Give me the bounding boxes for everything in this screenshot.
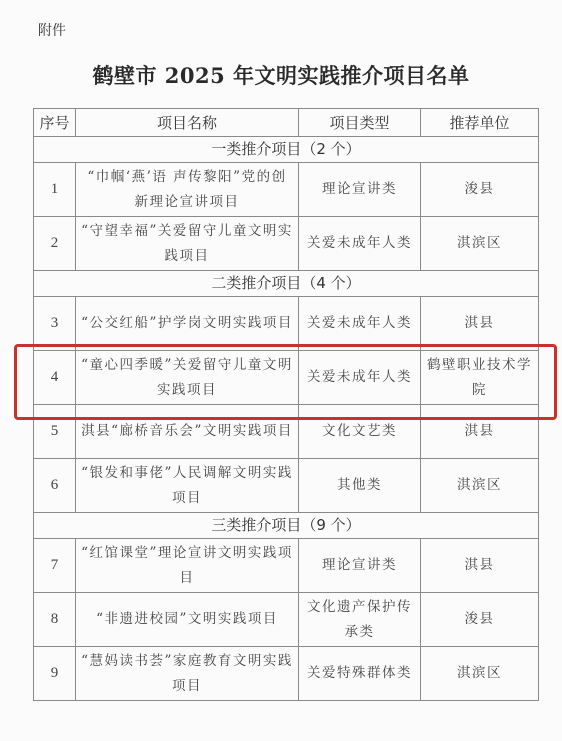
row-unit: 浚县 xyxy=(421,593,539,647)
table-row: 5 淇县“廊桥音乐会”文明实践项目 文化文艺类 淇县 xyxy=(34,405,539,459)
table-row: 2 “守望幸福”关爱留守儿童文明实践项目 关爱未成年人类 淇滨区 xyxy=(34,217,539,271)
row-no: 5 xyxy=(34,405,76,459)
row-name: 淇县“廊桥音乐会”文明实践项目 xyxy=(76,405,299,459)
row-no: 2 xyxy=(34,217,76,271)
row-name: “非遗进校园”文明实践项目 xyxy=(76,593,299,647)
row-name: “守望幸福”关爱留守儿童文明实践项目 xyxy=(76,217,299,271)
row-name: “公交红船”护学岗文明实践项目 xyxy=(76,297,299,351)
row-unit: 淇县 xyxy=(421,297,539,351)
attachment-label: 附件 xyxy=(38,20,66,40)
section-row: 二类推介项目（4 个） xyxy=(34,271,539,297)
header-unit: 推荐单位 xyxy=(421,109,539,137)
document-title: 鹤壁市 2025 年文明实践推介项目名单 xyxy=(0,60,562,90)
row-unit: 淇县 xyxy=(421,405,539,459)
section-row: 三类推介项目（9 个） xyxy=(34,513,539,539)
row-unit: 淇县 xyxy=(421,539,539,593)
section-row: 一类推介项目（2 个） xyxy=(34,137,539,163)
header-type: 项目类型 xyxy=(299,109,421,137)
row-type: 关爱未成年人类 xyxy=(299,351,421,405)
row-type: 关爱未成年人类 xyxy=(299,217,421,271)
row-unit: 淇滨区 xyxy=(421,647,539,701)
table-row: 1 “巾帼‘燕’语 声传黎阳”党的创新理论宣讲项目 理论宣讲类 浚县 xyxy=(34,163,539,217)
row-name: “银发和事佬”人民调解文明实践项目 xyxy=(76,459,299,513)
row-name: “慧妈读书荟”家庭教育文明实践项目 xyxy=(76,647,299,701)
row-no: 3 xyxy=(34,297,76,351)
row-unit: 浚县 xyxy=(421,163,539,217)
header-row: 序号 项目名称 项目类型 推荐单位 xyxy=(34,109,539,137)
row-no: 6 xyxy=(34,459,76,513)
table-row: 6 “银发和事佬”人民调解文明实践项目 其他类 淇滨区 xyxy=(34,459,539,513)
row-type: 关爱特殊群体类 xyxy=(299,647,421,701)
row-name: “童心四季暖”关爱留守儿童文明实践项目 xyxy=(76,351,299,405)
row-no: 7 xyxy=(34,539,76,593)
row-type: 文化文艺类 xyxy=(299,405,421,459)
section-label: 二类推介项目（4 个） xyxy=(34,271,539,297)
row-unit: 淇滨区 xyxy=(421,217,539,271)
table-row: 8 “非遗进校园”文明实践项目 文化遗产保护传承类 浚县 xyxy=(34,593,539,647)
row-name: “巾帼‘燕’语 声传黎阳”党的创新理论宣讲项目 xyxy=(76,163,299,217)
table-row: 7 “红馆课堂”理论宣讲文明实践项目 理论宣讲类 淇县 xyxy=(34,539,539,593)
header-name: 项目名称 xyxy=(76,109,299,137)
row-type: 理论宣讲类 xyxy=(299,539,421,593)
row-unit: 淇滨区 xyxy=(421,459,539,513)
row-type: 其他类 xyxy=(299,459,421,513)
table-row-highlighted: 4 “童心四季暖”关爱留守儿童文明实践项目 关爱未成年人类 鹤壁职业技术学院 xyxy=(34,351,539,405)
header-no: 序号 xyxy=(34,109,76,137)
row-unit: 鹤壁职业技术学院 xyxy=(421,351,539,405)
row-name: “红馆课堂”理论宣讲文明实践项目 xyxy=(76,539,299,593)
project-table: 序号 项目名称 项目类型 推荐单位 一类推介项目（2 个） 1 “巾帼‘燕’语 … xyxy=(33,108,539,701)
row-type: 理论宣讲类 xyxy=(299,163,421,217)
row-type: 关爱未成年人类 xyxy=(299,297,421,351)
row-no: 8 xyxy=(34,593,76,647)
row-type: 文化遗产保护传承类 xyxy=(299,593,421,647)
table-row: 9 “慧妈读书荟”家庭教育文明实践项目 关爱特殊群体类 淇滨区 xyxy=(34,647,539,701)
table-row: 3 “公交红船”护学岗文明实践项目 关爱未成年人类 淇县 xyxy=(34,297,539,351)
section-label: 一类推介项目（2 个） xyxy=(34,137,539,163)
row-no: 9 xyxy=(34,647,76,701)
row-no: 4 xyxy=(34,351,76,405)
section-label: 三类推介项目（9 个） xyxy=(34,513,539,539)
row-no: 1 xyxy=(34,163,76,217)
